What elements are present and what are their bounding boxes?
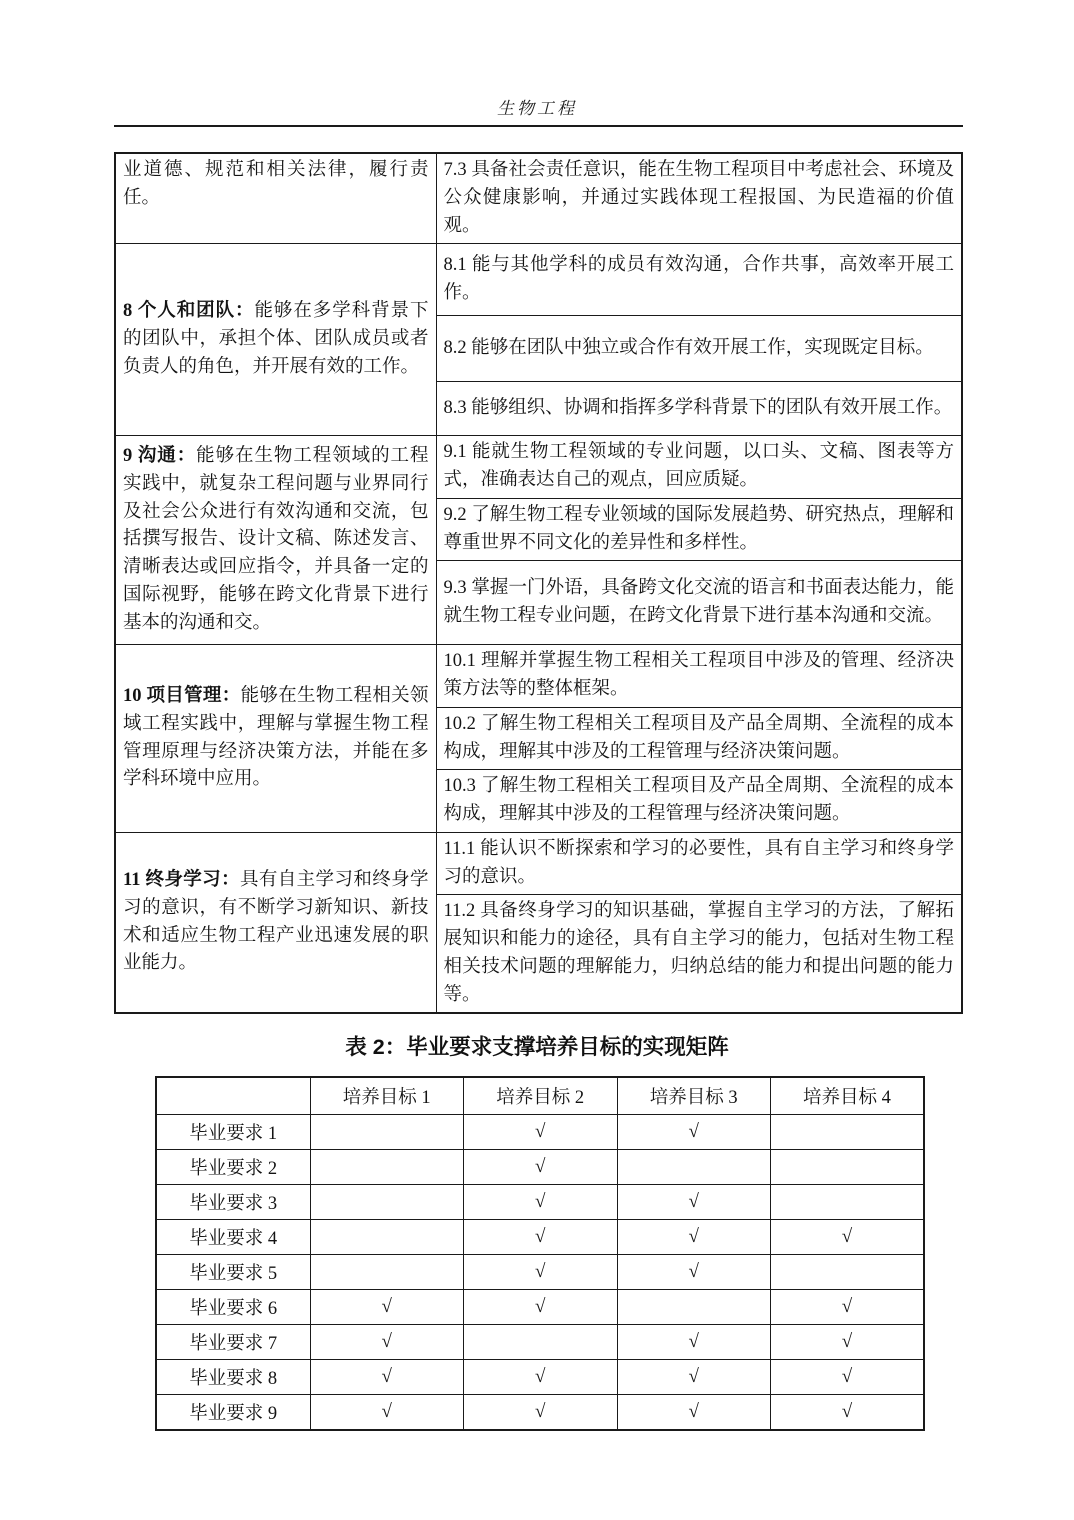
matrix-check-cell: √ xyxy=(771,1360,925,1395)
matrix-check-cell: √ xyxy=(617,1220,771,1255)
matrix-row: 毕业要求 2 √ xyxy=(156,1150,924,1185)
req-left-cell: 11 终身学习：具有自主学习和终身学习的意识，有不断学习新知识、新技术和适应生物… xyxy=(115,832,436,1013)
req-item-cell: 9.2 了解生物工程专业领域的国际发展趋势、研究热点，理解和尊重世界不同文化的差… xyxy=(436,498,962,561)
matrix-check-cell: √ xyxy=(617,1325,771,1360)
matrix-check-cell: √ xyxy=(464,1185,618,1220)
header-rule xyxy=(114,125,963,127)
matrix-check-cell xyxy=(310,1185,464,1220)
matrix-row-label: 毕业要求 7 xyxy=(156,1325,310,1360)
matrix-row-label: 毕业要求 5 xyxy=(156,1255,310,1290)
matrix-check-cell: √ xyxy=(310,1360,464,1395)
matrix-check-cell: √ xyxy=(771,1395,925,1431)
req-left-text: 业道德、规范和相关法律，履行责任。 xyxy=(123,160,429,208)
matrix-header-cell: 培养目标 2 xyxy=(464,1077,618,1115)
matrix-row: 毕业要求 7 √ √ √ xyxy=(156,1325,924,1360)
matrix-check-cell: √ xyxy=(464,1150,618,1185)
req-left-cell: 8 个人和团队：能够在多学科背景下的团队中，承担个体、团队成员或者负责人的角色，… xyxy=(115,244,436,436)
table-row: 9 沟通：能够在生物工程领域的工程实践中，就复杂工程问题与业界同行及社会公众进行… xyxy=(115,436,962,499)
table-row: 10 项目管理：能够在生物工程相关领域工程实践中，理解与掌握生物工程管理原理与经… xyxy=(115,645,962,708)
matrix-row-label: 毕业要求 6 xyxy=(156,1290,310,1325)
matrix-row: 毕业要求 6 √ √ √ xyxy=(156,1290,924,1325)
req-item-cell: 8.1 能与其他学科的成员有效沟通，合作共事，高效率开展工作。 xyxy=(436,244,962,316)
req-left-cell: 业道德、规范和相关法律，履行责任。 xyxy=(115,153,436,244)
page-header-title: 生物工程 xyxy=(0,0,1074,119)
document-page: 生物工程 业道德、规范和相关法律，履行责任。 7.3 具备社会责任意识，能在生物… xyxy=(0,0,1074,1520)
matrix-check-cell: √ xyxy=(617,1115,771,1150)
matrix-check-cell xyxy=(771,1185,925,1220)
matrix-header-cell: 培养目标 3 xyxy=(617,1077,771,1115)
req-left-cell: 9 沟通：能够在生物工程领域的工程实践中，就复杂工程问题与业界同行及社会公众进行… xyxy=(115,436,436,645)
matrix-row: 毕业要求 3 √ √ xyxy=(156,1185,924,1220)
matrix-row-label: 毕业要求 8 xyxy=(156,1360,310,1395)
matrix-check-cell: √ xyxy=(464,1115,618,1150)
matrix-check-cell: √ xyxy=(617,1185,771,1220)
req-left-bold: 8 个人和团队： xyxy=(123,301,254,321)
table2-title: 表 2：毕业要求支撑培养目标的实现矩阵 xyxy=(0,1030,1074,1061)
matrix-check-cell xyxy=(771,1115,925,1150)
matrix-check-cell: √ xyxy=(771,1220,925,1255)
matrix-check-cell xyxy=(617,1150,771,1185)
matrix-row: 毕业要求 1 √ √ xyxy=(156,1115,924,1150)
matrix-check-cell: √ xyxy=(310,1325,464,1360)
req-left-bold: 9 沟通： xyxy=(123,446,196,466)
matrix-check-cell xyxy=(771,1150,925,1185)
req-left-bold: 10 项目管理： xyxy=(123,686,241,706)
matrix-check-cell: √ xyxy=(310,1290,464,1325)
req-item-cell: 7.3 具备社会责任意识，能在生物工程项目中考虑社会、环境及公众健康影响，并通过… xyxy=(436,153,962,244)
req-item-cell: 9.3 掌握一门外语，具备跨文化交流的语言和书面表达能力，能就生物工程专业问题，… xyxy=(436,561,962,645)
matrix-header-cell: 培养目标 1 xyxy=(310,1077,464,1115)
matrix-check-cell: √ xyxy=(617,1395,771,1431)
matrix-check-cell xyxy=(310,1220,464,1255)
support-matrix-table: 培养目标 1 培养目标 2 培养目标 3 培养目标 4 毕业要求 1 √ √ 毕… xyxy=(155,1076,925,1431)
req-item-cell: 9.1 能就生物工程领域的专业问题，以口头、文稿、图表等方式，准确表达自己的观点… xyxy=(436,436,962,499)
req-left-bold: 11 终身学习： xyxy=(123,870,240,890)
matrix-check-cell: √ xyxy=(464,1395,618,1431)
matrix-check-cell xyxy=(617,1290,771,1325)
matrix-check-cell xyxy=(310,1150,464,1185)
matrix-row-label: 毕业要求 9 xyxy=(156,1395,310,1431)
req-item-cell: 10.3 了解生物工程相关工程项目及产品全周期、全流程的成本构成，理解其中涉及的… xyxy=(436,770,962,833)
matrix-header-row: 培养目标 1 培养目标 2 培养目标 3 培养目标 4 xyxy=(156,1077,924,1115)
req-item-cell: 8.2 能够在团队中独立或合作有效开展工作，实现既定目标。 xyxy=(436,316,962,382)
matrix-row-label: 毕业要求 4 xyxy=(156,1220,310,1255)
matrix-check-cell: √ xyxy=(464,1360,618,1395)
matrix-header-cell: 培养目标 4 xyxy=(771,1077,925,1115)
table-row: 业道德、规范和相关法律，履行责任。 7.3 具备社会责任意识，能在生物工程项目中… xyxy=(115,153,962,244)
matrix-check-cell: √ xyxy=(617,1255,771,1290)
matrix-check-cell: √ xyxy=(464,1290,618,1325)
matrix-check-cell xyxy=(310,1255,464,1290)
matrix-check-cell: √ xyxy=(771,1290,925,1325)
matrix-row: 毕业要求 5 √ √ xyxy=(156,1255,924,1290)
matrix-check-cell xyxy=(464,1325,618,1360)
matrix-check-cell: √ xyxy=(617,1360,771,1395)
req-item-cell: 11.1 能认识不断探索和学习的必要性，具有自主学习和终身学习的意识。 xyxy=(436,832,962,895)
req-item-cell: 8.3 能够组织、协调和指挥多学科背景下的团队有效开展工作。 xyxy=(436,382,962,436)
table-row: 8 个人和团队：能够在多学科背景下的团队中，承担个体、团队成员或者负责人的角色，… xyxy=(115,244,962,316)
matrix-check-cell: √ xyxy=(310,1395,464,1431)
req-item-cell: 11.2 具备终身学习的知识基础，掌握自主学习的方法，了解拓展知识和能力的途径，… xyxy=(436,895,962,1014)
req-item-cell: 10.1 理解并掌握生物工程相关工程项目中涉及的管理、经济决策方法等的整体框架。 xyxy=(436,645,962,708)
matrix-check-cell: √ xyxy=(464,1220,618,1255)
table-row: 11 终身学习：具有自主学习和终身学习的意识，有不断学习新知识、新技术和适应生物… xyxy=(115,832,962,895)
matrix-check-cell: √ xyxy=(771,1325,925,1360)
matrix-check-cell xyxy=(771,1255,925,1290)
matrix-row-label: 毕业要求 3 xyxy=(156,1185,310,1220)
req-left-cell: 10 项目管理：能够在生物工程相关领域工程实践中，理解与掌握生物工程管理原理与经… xyxy=(115,645,436,833)
matrix-row-label: 毕业要求 1 xyxy=(156,1115,310,1150)
matrix-corner-cell xyxy=(156,1077,310,1115)
matrix-row: 毕业要求 4 √ √ √ xyxy=(156,1220,924,1255)
matrix-row: 毕业要求 8 √ √ √ √ xyxy=(156,1360,924,1395)
matrix-check-cell: √ xyxy=(464,1255,618,1290)
req-left-text: 能够在生物工程领域的工程实践中，就复杂工程问题与业界同行及社会公众进行有效沟通和… xyxy=(123,446,429,633)
matrix-row-label: 毕业要求 2 xyxy=(156,1150,310,1185)
matrix-row: 毕业要求 9 √ √ √ √ xyxy=(156,1395,924,1431)
req-item-cell: 10.2 了解生物工程相关工程项目及产品全周期、全流程的成本构成，理解其中涉及的… xyxy=(436,707,962,770)
graduation-requirements-table: 业道德、规范和相关法律，履行责任。 7.3 具备社会责任意识，能在生物工程项目中… xyxy=(114,152,963,1014)
matrix-check-cell xyxy=(310,1115,464,1150)
